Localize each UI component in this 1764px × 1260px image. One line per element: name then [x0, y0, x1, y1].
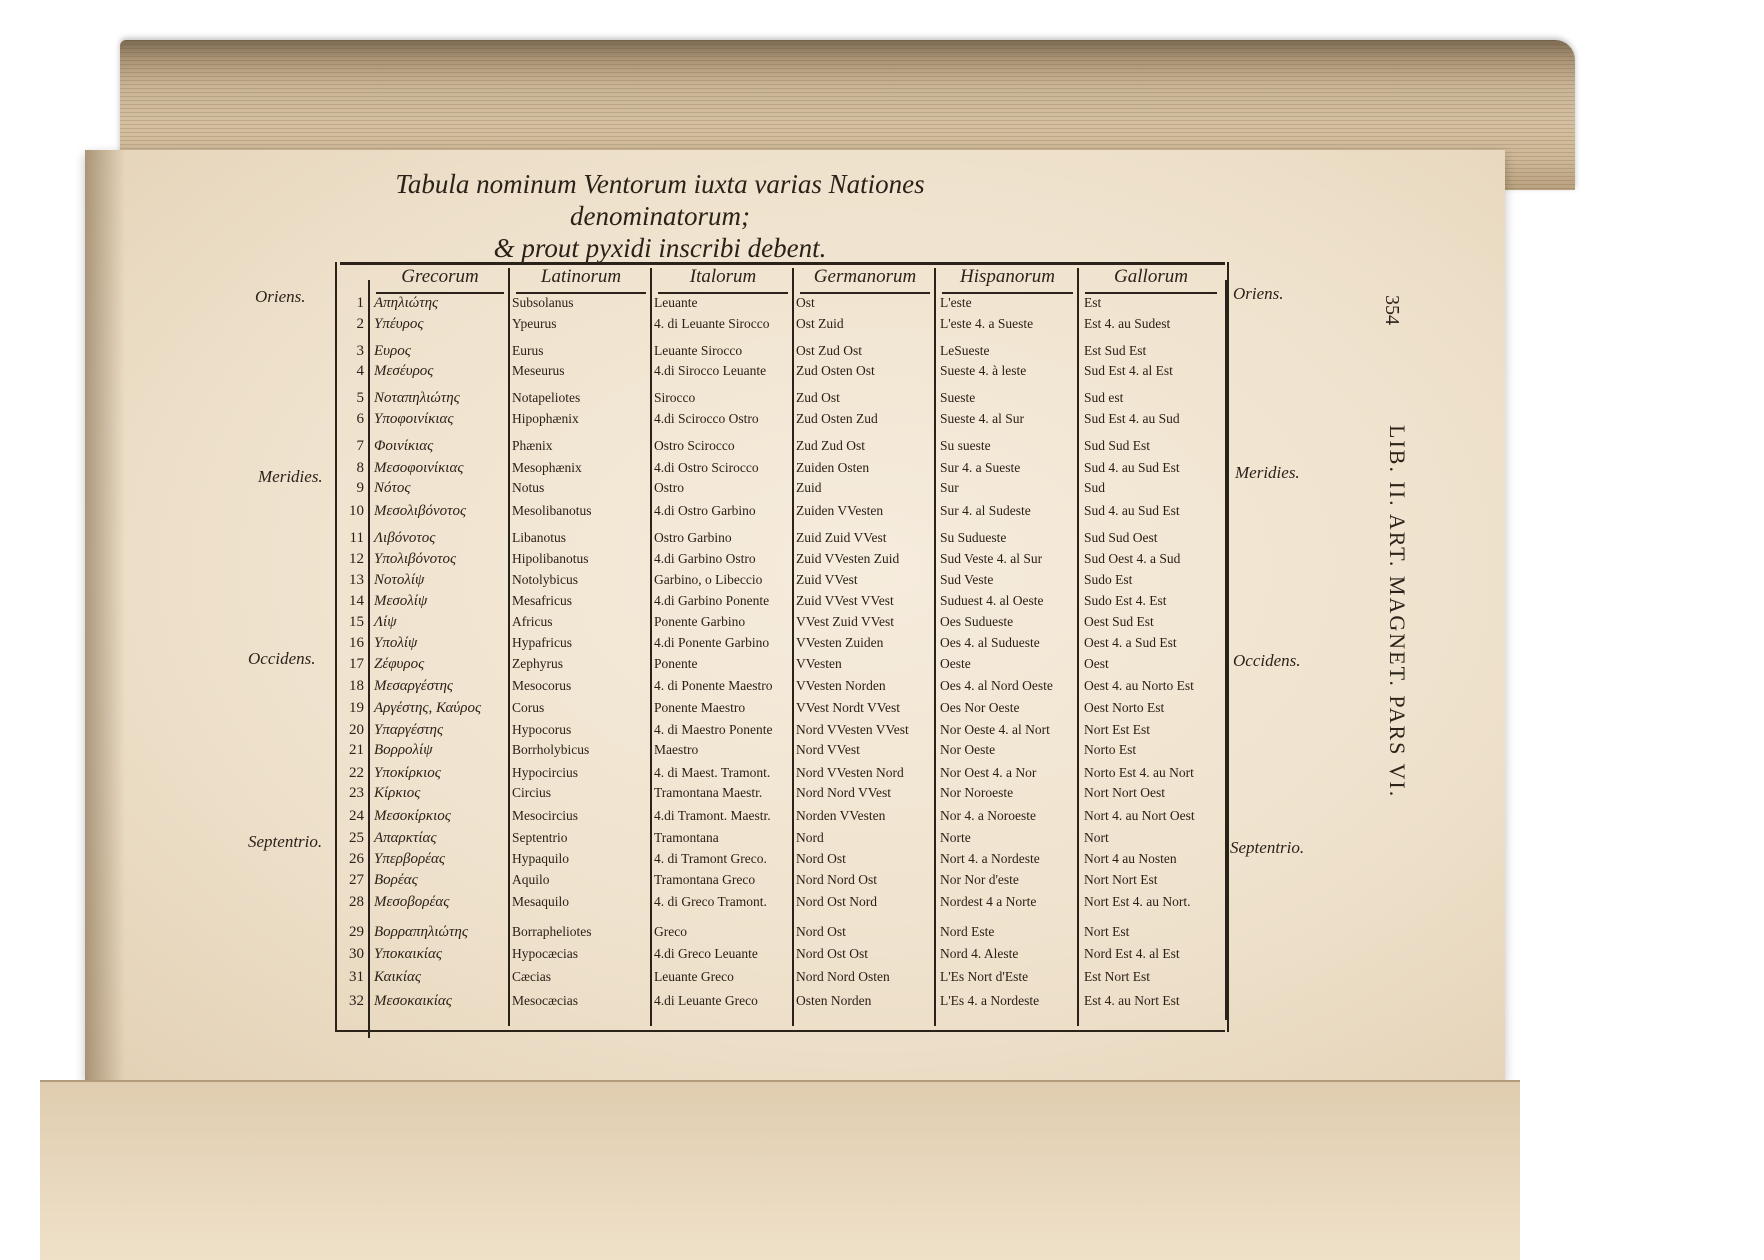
- cell-french: Sud Sud Oest: [1084, 530, 1158, 546]
- cell-french: Sudo Est 4. Est: [1084, 593, 1167, 609]
- cell-spanish: L'este 4. a Sueste: [940, 316, 1033, 332]
- row-number: 5: [340, 390, 364, 407]
- cell-german: Nord Nord Osten: [796, 969, 890, 985]
- cell-french: Sud Sud Est: [1084, 438, 1150, 454]
- cell-latin: Hypafricus: [512, 635, 572, 651]
- cell-latin: Subsolanus: [512, 295, 574, 311]
- cell-italian: Ponente: [654, 656, 698, 672]
- cell-italian: Leuante Sirocco: [654, 343, 742, 359]
- cell-italian: 4.di Sirocco Leuante: [654, 363, 766, 379]
- header-italian: Italorum: [654, 266, 792, 288]
- cell-french: Sud Est 4. al Est: [1084, 363, 1173, 379]
- cell-italian: 4.di Ostro Garbino: [654, 503, 756, 519]
- row-number: 24: [340, 808, 364, 825]
- cell-greek: Καικίας: [374, 969, 421, 986]
- margin-left-meridies: Meridies.: [258, 467, 323, 487]
- cell-german: Ost Zud Ost: [796, 343, 862, 359]
- cell-latin: Borrholybicus: [512, 742, 589, 758]
- cell-greek: Υπολιβόνοτος: [374, 551, 456, 568]
- header-french: Gallorum: [1081, 266, 1221, 288]
- cell-german: Zuiden Osten: [796, 460, 869, 476]
- margin-left-septentrio: Septentrio.: [248, 832, 322, 852]
- row-number: 14: [340, 593, 364, 610]
- cell-french: Nort Est Est: [1084, 722, 1150, 738]
- cell-spanish: L'este: [940, 295, 972, 311]
- row-number: 8: [340, 460, 364, 477]
- cell-german: Nord Ost: [796, 851, 846, 867]
- cell-italian: Tramontana Maestr.: [654, 785, 762, 801]
- cell-greek: Υποκίρκιος: [374, 765, 441, 782]
- cell-greek: Ευρος: [374, 343, 411, 360]
- cell-french: Sud 4. au Sud Est: [1084, 503, 1180, 519]
- cell-italian: Leuante Greco: [654, 969, 734, 985]
- cell-latin: Africus: [512, 614, 553, 630]
- cell-latin: Ypeurus: [512, 316, 557, 332]
- cell-greek: Ζέφυρος: [374, 656, 424, 673]
- cell-latin: Mesocorus: [512, 678, 571, 694]
- cell-spanish: Oeste: [940, 656, 971, 672]
- cell-italian: 4. di Ponente Maestro: [654, 678, 772, 694]
- cell-italian: 4.di Garbino Ostro: [654, 551, 756, 567]
- cell-greek: Μεσολίψ: [374, 593, 427, 610]
- cell-spanish: LeSueste: [940, 343, 990, 359]
- cell-greek: Υπέυρος: [374, 316, 423, 333]
- col-sep-4: [934, 268, 936, 1026]
- cell-french: Nort Est 4. au Nort.: [1084, 894, 1190, 910]
- cell-latin: Corus: [512, 700, 544, 716]
- cell-spanish: L'Es Nort d'Este: [940, 969, 1028, 985]
- cell-latin: Aquilo: [512, 872, 550, 888]
- cell-german: VVesten: [796, 656, 842, 672]
- right-margin-rule: [1225, 280, 1228, 1020]
- cell-german: Zuid VVest: [796, 572, 858, 588]
- cell-italian: 4.di Leuante Greco: [654, 993, 758, 1009]
- cell-french: Est Nort Est: [1084, 969, 1150, 985]
- row-number: 1: [340, 295, 364, 312]
- row-number: 11: [340, 530, 364, 547]
- cell-french: Norto Est: [1084, 742, 1136, 758]
- title-line-1: Tabula nominum Ventorum iuxta varias Nat…: [395, 169, 924, 231]
- cell-spanish: Nordest 4 a Norte: [940, 894, 1036, 910]
- cell-greek: Υποκαικίας: [374, 946, 442, 963]
- cell-latin: Cæcias: [512, 969, 551, 985]
- cell-latin: Mesophænix: [512, 460, 582, 476]
- row-number: 12: [340, 551, 364, 568]
- cell-spanish: Sur 4. al Sudeste: [940, 503, 1031, 519]
- cell-french: Nort 4 au Nosten: [1084, 851, 1177, 867]
- cell-italian: Ostro Scirocco: [654, 438, 735, 454]
- cell-german: Zuid Zuid VVest: [796, 530, 887, 546]
- cell-greek: Μεσοκαικίας: [374, 993, 452, 1010]
- cell-spanish: Nor Oest 4. a Nor: [940, 765, 1036, 781]
- row-number: 3: [340, 343, 364, 360]
- cell-latin: Hypocircius: [512, 765, 578, 781]
- cell-spanish: Nor Oeste 4. al Nort: [940, 722, 1050, 738]
- cell-spanish: Nor Oeste: [940, 742, 995, 758]
- cell-french: Sud: [1084, 480, 1105, 496]
- row-number: 13: [340, 572, 364, 589]
- cell-greek: Αργέστης, Καύρος: [374, 700, 481, 717]
- row-number: 19: [340, 700, 364, 717]
- table-bottom-rule: [337, 1030, 1225, 1032]
- col-sep-2: [650, 268, 652, 1026]
- cell-italian: 4.di Ponente Garbino: [654, 635, 769, 651]
- cell-spanish: Suduest 4. al Oeste: [940, 593, 1044, 609]
- cell-french: Nort Nort Est: [1084, 872, 1158, 888]
- cell-italian: Tramontana: [654, 830, 719, 846]
- cell-italian: 4.di Ostro Scirocco: [654, 460, 759, 476]
- header-latin: Latinorum: [512, 266, 650, 288]
- cell-latin: Mesocæcias: [512, 993, 578, 1009]
- cell-german: Nord VVesten VVest: [796, 722, 909, 738]
- cell-german: Nord Ost Nord: [796, 894, 877, 910]
- row-number: 6: [340, 411, 364, 428]
- cell-german: Zuiden VVesten: [796, 503, 883, 519]
- cell-french: Sud Oest 4. a Sud: [1084, 551, 1180, 567]
- cell-spanish: Sueste 4. al Sur: [940, 411, 1024, 427]
- cell-italian: Tramontana Greco: [654, 872, 755, 888]
- cell-latin: Hypocorus: [512, 722, 571, 738]
- cell-spanish: Oes 4. al Nord Oeste: [940, 678, 1053, 694]
- cell-spanish: Norte: [940, 830, 971, 846]
- cell-greek: Μεσοβορέας: [374, 894, 449, 911]
- cell-spanish: Sur: [940, 480, 959, 496]
- cell-spanish: Nord Este: [940, 924, 994, 940]
- cell-latin: Notus: [512, 480, 544, 496]
- header-spanish: Hispanorum: [938, 266, 1077, 288]
- margin-left-occidens: Occidens.: [248, 649, 316, 669]
- cell-latin: Mesolibanotus: [512, 503, 592, 519]
- row-number: 10: [340, 503, 364, 520]
- row-number: 25: [340, 830, 364, 847]
- cell-french: Nord Est 4. al Est: [1084, 946, 1180, 962]
- cell-greek: Μεσοκίρκιος: [374, 808, 451, 825]
- cell-german: Zuid: [796, 480, 822, 496]
- cell-spanish: Nor Nor d'este: [940, 872, 1019, 888]
- cell-greek: Βορραπηλιώτης: [374, 924, 468, 941]
- margin-right-meridies: Meridies.: [1235, 463, 1300, 483]
- cell-latin: Notolybicus: [512, 572, 578, 588]
- cell-spanish: Su Sudueste: [940, 530, 1006, 546]
- cell-german: VVest Zuid VVest: [796, 614, 894, 630]
- cell-greek: Φοινίκιας: [374, 438, 433, 455]
- cell-italian: 4. di Tramont Greco.: [654, 851, 767, 867]
- row-number: 4: [340, 363, 364, 380]
- cell-french: Est 4. au Nort Est: [1084, 993, 1180, 1009]
- page-number: 354: [1380, 295, 1403, 325]
- cell-german: VVest Nordt VVest: [796, 700, 900, 716]
- cell-french: Oest 4. au Norto Est: [1084, 678, 1194, 694]
- cell-greek: Υποφοινίκιας: [374, 411, 453, 428]
- cell-italian: Sirocco: [654, 390, 695, 406]
- cell-italian: Ponente Garbino: [654, 614, 745, 630]
- col-sep-num: [368, 280, 370, 1038]
- row-number: 20: [340, 722, 364, 739]
- row-number: 7: [340, 438, 364, 455]
- cell-spanish: Su sueste: [940, 438, 991, 454]
- cell-latin: Mesafricus: [512, 593, 572, 609]
- cell-latin: Mesaquilo: [512, 894, 569, 910]
- margin-right-oriens: Oriens.: [1233, 284, 1284, 304]
- cell-french: Sud Est 4. au Sud: [1084, 411, 1180, 427]
- cell-italian: 4.di Greco Leuante: [654, 946, 758, 962]
- cell-greek: Υπερβορέας: [374, 851, 445, 868]
- cell-greek: Απηλιώτης: [374, 295, 438, 312]
- cell-greek: Μεσοφοινίκιας: [374, 460, 463, 477]
- cell-german: Zuid VVest VVest: [796, 593, 894, 609]
- cell-italian: Greco: [654, 924, 687, 940]
- cell-latin: Hypaquilo: [512, 851, 569, 867]
- cell-greek: Απαρκτίας: [374, 830, 436, 847]
- cell-latin: Circius: [512, 785, 551, 801]
- cell-german: Ost Zuid: [796, 316, 844, 332]
- margin-left-oriens: Oriens.: [255, 287, 306, 307]
- cell-german: Zud Ost: [796, 390, 840, 406]
- cell-italian: 4.di Tramont. Maestr.: [654, 808, 771, 824]
- row-number: 15: [340, 614, 364, 631]
- col-sep-5: [1077, 268, 1079, 1026]
- cell-italian: Maestro: [654, 742, 698, 758]
- margin-right-occidens: Occidens.: [1233, 651, 1301, 671]
- cell-italian: Ostro Garbino: [654, 530, 732, 546]
- cell-spanish: Oes Sudueste: [940, 614, 1013, 630]
- cell-latin: Septentrio: [512, 830, 568, 846]
- cell-french: Sud est: [1084, 390, 1123, 406]
- cell-italian: Ostro: [654, 480, 684, 496]
- cell-spanish: Sur 4. a Sueste: [940, 460, 1020, 476]
- cell-german: VVesten Norden: [796, 678, 886, 694]
- row-number: 22: [340, 765, 364, 782]
- cell-french: Nort: [1084, 830, 1109, 846]
- cell-german: VVesten Zuiden: [796, 635, 883, 651]
- cell-latin: Libanotus: [512, 530, 566, 546]
- cell-spanish: Nord 4. Aleste: [940, 946, 1018, 962]
- cell-german: Nord VVest: [796, 742, 860, 758]
- cell-french: Norto Est 4. au Nort: [1084, 765, 1194, 781]
- running-title: LIB. II. ART. MAGNET. PARS VI.: [1384, 425, 1410, 798]
- cell-latin: Hipolibanotus: [512, 551, 589, 567]
- cell-french: Nort Est: [1084, 924, 1129, 940]
- cell-french: Oest: [1084, 656, 1109, 672]
- cell-italian: 4. di Maest. Tramont.: [654, 765, 770, 781]
- row-number: 16: [340, 635, 364, 652]
- cell-latin: Mesocircius: [512, 808, 578, 824]
- cell-italian: 4.di Garbino Ponente: [654, 593, 769, 609]
- cell-greek: Μεσέυρος: [374, 363, 433, 380]
- cell-french: Oest Norto Est: [1084, 700, 1164, 716]
- cell-latin: Notapeliotes: [512, 390, 580, 406]
- cell-italian: 4. di Maestro Ponente: [654, 722, 772, 738]
- cell-italian: 4. di Greco Tramont.: [654, 894, 767, 910]
- cell-greek: Λιβόνοτος: [374, 530, 435, 547]
- cell-german: Zud Osten Zud: [796, 411, 878, 427]
- cell-italian: Leuante: [654, 295, 697, 311]
- cell-spanish: Sud Veste: [940, 572, 993, 588]
- row-number: 32: [340, 993, 364, 1010]
- row-number: 23: [340, 785, 364, 802]
- cell-spanish: L'Es 4. a Nordeste: [940, 993, 1039, 1009]
- row-number: 2: [340, 316, 364, 333]
- col-sep-3: [792, 268, 794, 1026]
- cell-german: Zud Zud Ost: [796, 438, 865, 454]
- cell-greek: Βορρολίψ: [374, 742, 433, 759]
- cell-french: Est: [1084, 295, 1101, 311]
- cell-spanish: Nort 4. a Nordeste: [940, 851, 1040, 867]
- table-title: Tabula nominum Ventorum iuxta varias Nat…: [310, 168, 1010, 264]
- cell-french: Sudo Est: [1084, 572, 1132, 588]
- cell-german: Nord Nord Ost: [796, 872, 877, 888]
- cell-italian: 4.di Scirocco Ostro: [654, 411, 759, 427]
- cell-greek: Υπαργέστης: [374, 722, 443, 739]
- cell-german: Zuid VVesten Zuid: [796, 551, 899, 567]
- cell-latin: Meseurus: [512, 363, 565, 379]
- cell-french: Nort 4. au Nort Oest: [1084, 808, 1195, 824]
- cell-greek: Νοταπηλιώτης: [374, 390, 460, 407]
- cell-greek: Μεσαργέστης: [374, 678, 453, 695]
- row-number: 29: [340, 924, 364, 941]
- row-number: 17: [340, 656, 364, 673]
- cell-german: Nord Ost: [796, 924, 846, 940]
- cell-french: Est 4. au Sudest: [1084, 316, 1170, 332]
- cell-greek: Νοτολίψ: [374, 572, 424, 589]
- lower-page: [40, 1080, 1520, 1260]
- cell-greek: Λίψ: [374, 614, 397, 631]
- cell-greek: Κίρκιος: [374, 785, 420, 802]
- cell-spanish: Sueste 4. à leste: [940, 363, 1026, 379]
- cell-latin: Zephyrus: [512, 656, 563, 672]
- row-number: 30: [340, 946, 364, 963]
- cell-latin: Phænix: [512, 438, 553, 454]
- cell-spanish: Sueste: [940, 390, 975, 406]
- cell-italian: Garbino, o Libeccio: [654, 572, 762, 588]
- cell-german: Norden VVesten: [796, 808, 885, 824]
- cell-french: Sud 4. au Sud Est: [1084, 460, 1180, 476]
- cell-german: Osten Norden: [796, 993, 871, 1009]
- cell-latin: Eurus: [512, 343, 544, 359]
- row-number: 26: [340, 851, 364, 868]
- title-line-2: & prout pyxidi inscribi debent.: [310, 232, 1010, 264]
- cell-french: Nort Nort Oest: [1084, 785, 1165, 801]
- cell-german: Nord Nord VVest: [796, 785, 891, 801]
- cell-german: Zud Osten Ost: [796, 363, 875, 379]
- row-number: 31: [340, 969, 364, 986]
- row-number: 18: [340, 678, 364, 695]
- col-sep-1: [508, 268, 510, 1026]
- cell-spanish: Oes Nor Oeste: [940, 700, 1019, 716]
- cell-french: Est Sud Est: [1084, 343, 1146, 359]
- cell-german: Nord VVesten Nord: [796, 765, 904, 781]
- row-number: 9: [340, 480, 364, 497]
- cell-greek: Νότος: [374, 480, 410, 497]
- cell-greek: Βορέας: [374, 872, 418, 889]
- header-german: Germanorum: [796, 266, 934, 288]
- cell-greek: Υπολίψ: [374, 635, 417, 652]
- row-number: 28: [340, 894, 364, 911]
- cell-spanish: Oes 4. al Sudueste: [940, 635, 1040, 651]
- cell-french: Oest 4. a Sud Est: [1084, 635, 1177, 651]
- gutter-shadow: [85, 150, 125, 1080]
- cell-latin: Hypocæcias: [512, 946, 578, 962]
- cell-latin: Hipophænix: [512, 411, 579, 427]
- cell-spanish: Nor 4. a Noroeste: [940, 808, 1036, 824]
- header-greek: Grecorum: [372, 266, 508, 288]
- margin-right-septentrio: Septentrio.: [1230, 838, 1304, 858]
- cell-latin: Borrapheliotes: [512, 924, 591, 940]
- cell-italian: Ponente Maestro: [654, 700, 745, 716]
- cell-italian: 4. di Leuante Sirocco: [654, 316, 769, 332]
- cell-german: Nord: [796, 830, 824, 846]
- cell-german: Ost: [796, 295, 815, 311]
- cell-greek: Μεσολιβόνοτος: [374, 503, 466, 520]
- cell-spanish: Nor Noroeste: [940, 785, 1013, 801]
- cell-french: Oest Sud Est: [1084, 614, 1154, 630]
- cell-german: Nord Ost Ost: [796, 946, 868, 962]
- row-number: 27: [340, 872, 364, 889]
- row-number: 21: [340, 742, 364, 759]
- cell-spanish: Sud Veste 4. al Sur: [940, 551, 1042, 567]
